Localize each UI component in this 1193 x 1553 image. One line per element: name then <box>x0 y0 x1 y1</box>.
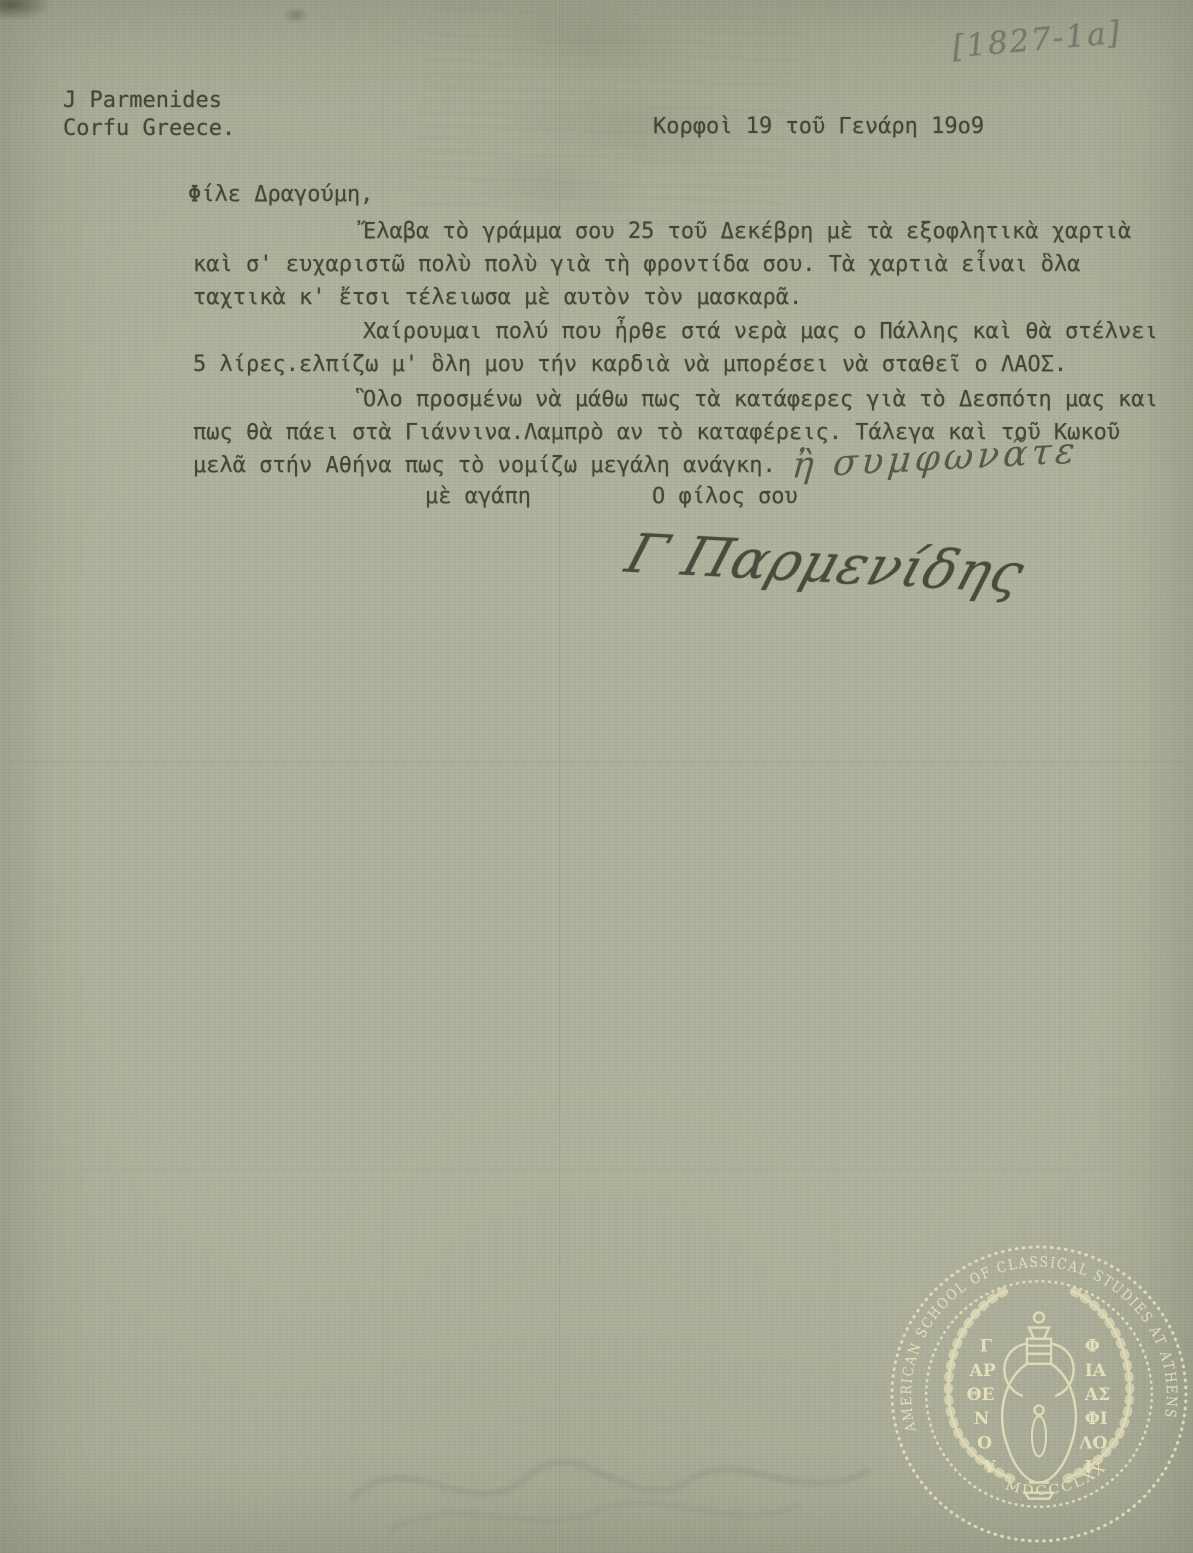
body-line-4: Χαίρουμαι πολύ που ἦρθε στά νερὰ μας ο Π… <box>363 319 1158 344</box>
figure-on-vase-icon <box>1032 1416 1046 1456</box>
closing-with-love: μὲ αγάπη <box>425 484 531 509</box>
seal-inner-dotted-ring <box>926 1281 1151 1506</box>
sender-name: J Parmenides <box>63 88 222 113</box>
archive-note: [1827-1a] <box>951 15 1123 66</box>
seal-letter: ΛΟ <box>1078 1433 1107 1453</box>
seal-letter: ΘΕ <box>967 1385 995 1405</box>
seal-letter: Ν <box>974 1409 990 1429</box>
seal-letter: Ο <box>977 1433 992 1453</box>
seal-letter: ΑΣ <box>1084 1385 1110 1405</box>
ascsa-seal-stamp: AMERICAN SCHOOL OF CLASSICAL STUDIES AT … <box>888 1240 1190 1548</box>
body-line-6: Ὃλο προσμένω νὰ μάθω πως τὰ κατάφερες γι… <box>363 387 1158 412</box>
closing-your-friend: Ο φίλος σου <box>652 484 798 509</box>
body-line-8: μελᾶ στήν Αθήνα πως τὸ νομίζω μεγάλη ανά… <box>193 453 776 478</box>
fold-line-horizontal <box>0 1168 1193 1171</box>
seal-letter: ΙΑ <box>1085 1361 1107 1381</box>
scanned-letter-page: { "archive_note": "[1827-1a]", "letterhe… <box>0 0 1193 1553</box>
fold-line-horizontal <box>0 760 1193 763</box>
seal-letter: Γ <box>980 1337 992 1357</box>
body-line-5: 5 λίρες.ελπίζω μ' ὃλη μου τήν καρδιὰ νὰ … <box>193 352 1067 377</box>
amphora-icon <box>1002 1312 1076 1498</box>
seal-circular-text: AMERICAN SCHOOL OF CLASSICAL STUDIES AT … <box>898 1254 1180 1434</box>
seal-letter: Ι <box>1084 1458 1092 1478</box>
corner-stain <box>0 0 52 20</box>
body-line-1: Ἔλαβα τὸ γράμμα σου 25 τοῦ Δεκέβρη μὲ τὰ… <box>363 219 1131 244</box>
bleedthrough-impression-bottom <box>330 1380 890 1553</box>
seal-letter: Φ <box>1085 1337 1100 1357</box>
seal-letter: ΑΡ <box>969 1361 996 1381</box>
seal-letter: ΦΙ <box>1085 1409 1108 1429</box>
dateline: Κορφοὶ 19 τοῦ Γενάρη 19ο9 <box>653 114 984 139</box>
body-line-3: ταχτικὰ κ' ἔτσι τέλειωσα μὲ αυτὸν τὸν μα… <box>193 285 802 310</box>
seal-year-text: MDCCCLXXXI <box>888 1240 1110 1499</box>
signature: Γ Παρμενίδης <box>619 522 1033 605</box>
salutation: Φίλε Δραγούμη, <box>188 182 373 207</box>
sender-location: Corfu Greece. <box>63 116 235 141</box>
seal-letter: Υ <box>983 1458 997 1478</box>
edge-stain <box>283 8 309 22</box>
body-line-2: καὶ σ' ευχαριστῶ πολὺ πολὺ γιὰ τὴ φροντί… <box>193 252 1080 277</box>
